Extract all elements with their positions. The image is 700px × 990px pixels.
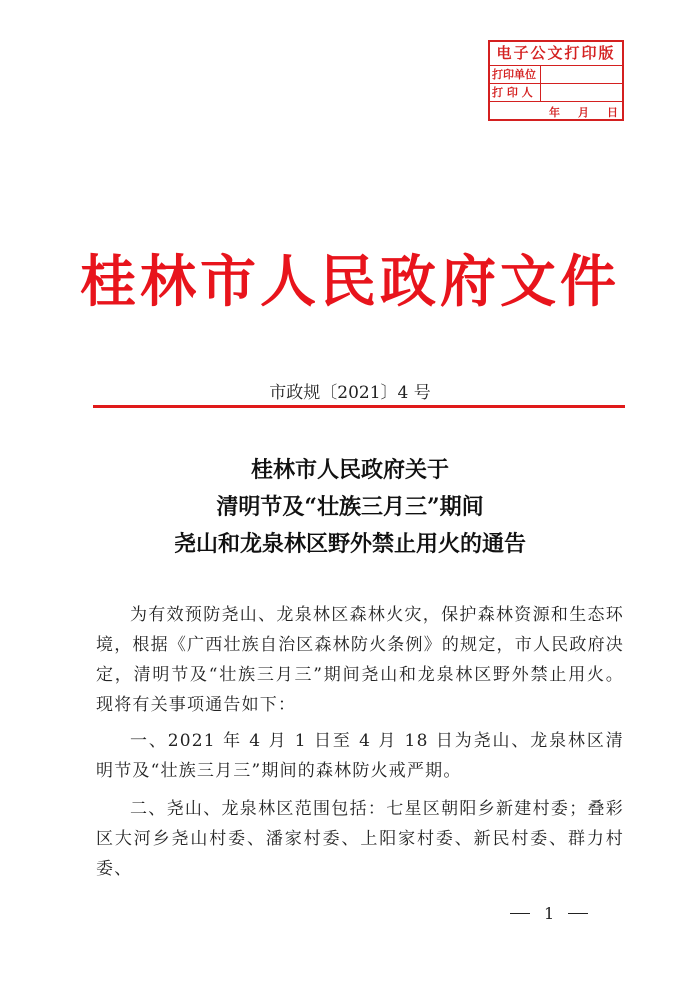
page-dash-right bbox=[568, 913, 588, 914]
subject-line-2: 清明节及“壮族三月三”期间 bbox=[0, 489, 700, 526]
document-header-title: 桂林市人民政府文件 bbox=[0, 238, 700, 318]
stamp-value-print-unit bbox=[541, 66, 622, 83]
stamp-label-print-unit: 打印单位 bbox=[490, 66, 541, 83]
subject-line-1: 桂林市人民政府关于 bbox=[0, 452, 700, 489]
stamp-title: 电子公文打印版 bbox=[490, 42, 622, 66]
subject-line-3: 尧山和龙泉林区野外禁止用火的通告 bbox=[0, 526, 700, 563]
page-number-value: 1 bbox=[544, 904, 554, 923]
stamp-row-printer: 打 印 人 bbox=[490, 84, 622, 102]
document-subject: 桂林市人民政府关于 清明节及“壮族三月三”期间 尧山和龙泉林区野外禁止用火的通告 bbox=[0, 452, 700, 563]
stamp-year: 年 bbox=[549, 104, 560, 120]
page-dash-left bbox=[510, 913, 530, 914]
stamp-date-row: 年 月 日 bbox=[490, 102, 622, 122]
body-paragraph-item-1: 一、2021 年 4 月 1 日至 4 月 18 日为尧山、龙泉林区清明节及“壮… bbox=[96, 726, 624, 786]
document-number: 市政规〔2021〕4 号 bbox=[0, 378, 700, 403]
page-number: 1 bbox=[510, 904, 588, 923]
stamp-day: 日 bbox=[607, 104, 618, 120]
electronic-print-stamp: 电子公文打印版 打印单位 打 印 人 年 月 日 bbox=[488, 40, 624, 121]
stamp-month: 月 bbox=[578, 104, 589, 120]
body-paragraph-item-2: 二、尧山、龙泉林区范围包括：七星区朝阳乡新建村委；叠彩区大河乡尧山村委、潘家村委… bbox=[96, 794, 624, 884]
stamp-value-printer bbox=[541, 84, 622, 101]
stamp-row-print-unit: 打印单位 bbox=[490, 66, 622, 84]
body-paragraph-intro: 为有效预防尧山、龙泉林区森林火灾，保护森林资源和生态环境，根据《广西壮族自治区森… bbox=[96, 600, 624, 720]
red-divider-line bbox=[93, 405, 625, 408]
stamp-label-printer: 打 印 人 bbox=[490, 84, 541, 101]
document-body: 为有效预防尧山、龙泉林区森林火灾，保护森林资源和生态环境，根据《广西壮族自治区森… bbox=[96, 600, 624, 892]
